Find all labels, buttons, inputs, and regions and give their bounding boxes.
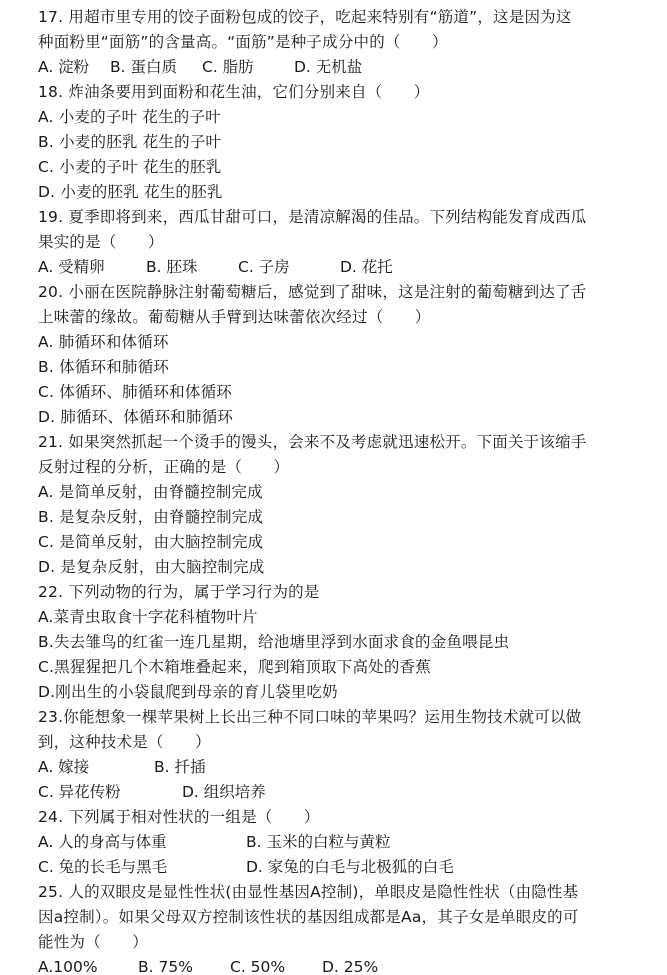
option-c: C. 小麦的子叶 花生的胚乳 [38,155,638,180]
option-d: D. 25% [322,955,378,975]
question-24: 24. 下列属于相对性状的一组是（ ） A. 人的身高与体重 B. 玉米的白粒与… [38,805,638,880]
option-d: D. 是复杂反射，由大脑控制完成 [38,555,638,580]
option-c: C. 是简单反射，由大脑控制完成 [38,530,638,555]
option-row: C. 异花传粉 D. 组织培养 [38,780,638,805]
option-a: A.100% [38,955,138,975]
option-a: A. 人的身高与体重 [38,830,246,855]
question-stem: 反射过程的分析，正确的是（ ） [38,455,638,480]
option-a: A. 肺循环和体循环 [38,330,638,355]
option-a: A. 是简单反射，由脊髓控制完成 [38,480,638,505]
question-stem: 17. 用超市里专用的饺子面粉包成的饺子，吃起来特别有“筋道”，这是因为这 [38,5,638,30]
option-c: C. 脂肪 [202,55,294,80]
question-stem: 25. 人的双眼皮是显性性状(由显性基因A控制)，单眼皮是隐性性状（由隐性基 [38,880,638,905]
option-b: B.失去雏鸟的红雀一连几星期，给池塘里浮到水面求食的金鱼喂昆虫 [38,630,638,655]
question-stem: 22. 下列动物的行为，属于学习行为的是 [38,580,638,605]
option-b: B. 是复杂反射，由脊髓控制完成 [38,505,638,530]
option-a: A. 小麦的子叶 花生的子叶 [38,105,638,130]
question-stem: 因a控制）。如果父母双方控制该性状的基因组成都是Aa，其子女是单眼皮的可 [38,905,638,930]
option-row: A. 受精卵 B. 胚珠 C. 子房 D. 花托 [38,255,638,280]
option-a: A. 受精卵 [38,255,146,280]
question-stem: 到，这种技术是（ ） [38,730,638,755]
question-stem: 上味蕾的缘故。葡萄糖从手臂到达味蕾依次经过（ ） [38,305,638,330]
exam-page: 17. 用超市里专用的饺子面粉包成的饺子，吃起来特别有“筋道”，这是因为这 种面… [38,5,638,975]
option-a: A. 淀粉 [38,55,110,80]
option-b: B. 胚珠 [146,255,238,280]
option-row: A.100% B. 75% C. 50% D. 25% [38,955,638,975]
option-d: D. 家兔的白毛与北极狐的白毛 [246,855,454,880]
question-stem: 21. 如果突然抓起一个烫手的馒头，会来不及考虑就迅速松开。下面关于该缩手 [38,430,638,455]
question-22: 22. 下列动物的行为，属于学习行为的是 A.菜青虫取食十字花科植物叶片 B.失… [38,580,638,705]
option-b: B. 75% [138,955,230,975]
question-stem: 果实的是（ ） [38,230,638,255]
question-20: 20. 小丽在医院静脉注射葡萄糖后，感觉到了甜味，这是注射的葡萄糖到达了舌 上味… [38,280,638,430]
option-c: C. 体循环、肺循环和体循环 [38,380,638,405]
option-c: C. 50% [230,955,322,975]
question-stem: 20. 小丽在医院静脉注射葡萄糖后，感觉到了甜味，这是注射的葡萄糖到达了舌 [38,280,638,305]
option-b: B. 玉米的白粒与黄粒 [246,830,391,855]
question-stem: 能性为（ ） [38,930,638,955]
option-d: D. 组织培养 [182,780,266,805]
question-19: 19. 夏季即将到来，西瓜甘甜可口，是清凉解渴的佳品。下列结构能发育成西瓜 果实… [38,205,638,280]
question-stem: 24. 下列属于相对性状的一组是（ ） [38,805,638,830]
option-d: D. 小麦的胚乳 花生的胚乳 [38,180,638,205]
question-21: 21. 如果突然抓起一个烫手的馒头，会来不及考虑就迅速松开。下面关于该缩手 反射… [38,430,638,580]
option-row: A. 淀粉 B. 蛋白质 C. 脂肪 D. 无机盐 [38,55,638,80]
option-row: A. 嫁接 B. 扦插 [38,755,638,780]
option-b: B. 小麦的胚乳 花生的子叶 [38,130,638,155]
option-c: C. 异花传粉 [38,780,182,805]
option-d: D. 无机盐 [294,55,362,80]
option-row: C. 兔的长毛与黑毛 D. 家兔的白毛与北极狐的白毛 [38,855,638,880]
option-c: C. 子房 [238,255,340,280]
question-stem: 19. 夏季即将到来，西瓜甘甜可口，是清凉解渴的佳品。下列结构能发育成西瓜 [38,205,638,230]
option-d: D. 花托 [340,255,393,280]
option-c: C. 兔的长毛与黑毛 [38,855,246,880]
question-17: 17. 用超市里专用的饺子面粉包成的饺子，吃起来特别有“筋道”，这是因为这 种面… [38,5,638,80]
option-a: A. 嫁接 [38,755,154,780]
option-row: A. 人的身高与体重 B. 玉米的白粒与黄粒 [38,830,638,855]
option-b: B. 体循环和肺循环 [38,355,638,380]
question-23: 23.你能想象一棵苹果树上长出三种不同口味的苹果吗？运用生物技术就可以做 到，这… [38,705,638,805]
question-stem: 种面粉里“面筋”的含量高。“面筋”是种子成分中的（ ） [38,30,638,55]
question-stem: 18. 炸油条要用到面粉和花生油，它们分别来自（ ） [38,80,638,105]
question-25: 25. 人的双眼皮是显性性状(由显性基因A控制)，单眼皮是隐性性状（由隐性基 因… [38,880,638,975]
question-stem: 23.你能想象一棵苹果树上长出三种不同口味的苹果吗？运用生物技术就可以做 [38,705,638,730]
option-d: D.刚出生的小袋鼠爬到母亲的育儿袋里吃奶 [38,680,638,705]
question-18: 18. 炸油条要用到面粉和花生油，它们分别来自（ ） A. 小麦的子叶 花生的子… [38,80,638,205]
option-c: C.黑猩猩把几个木箱堆叠起来，爬到箱顶取下高处的香蕉 [38,655,638,680]
option-d: D. 肺循环、体循环和肺循环 [38,405,638,430]
option-b: B. 蛋白质 [110,55,202,80]
option-a: A.菜青虫取食十字花科植物叶片 [38,605,638,630]
option-b: B. 扦插 [154,755,206,780]
